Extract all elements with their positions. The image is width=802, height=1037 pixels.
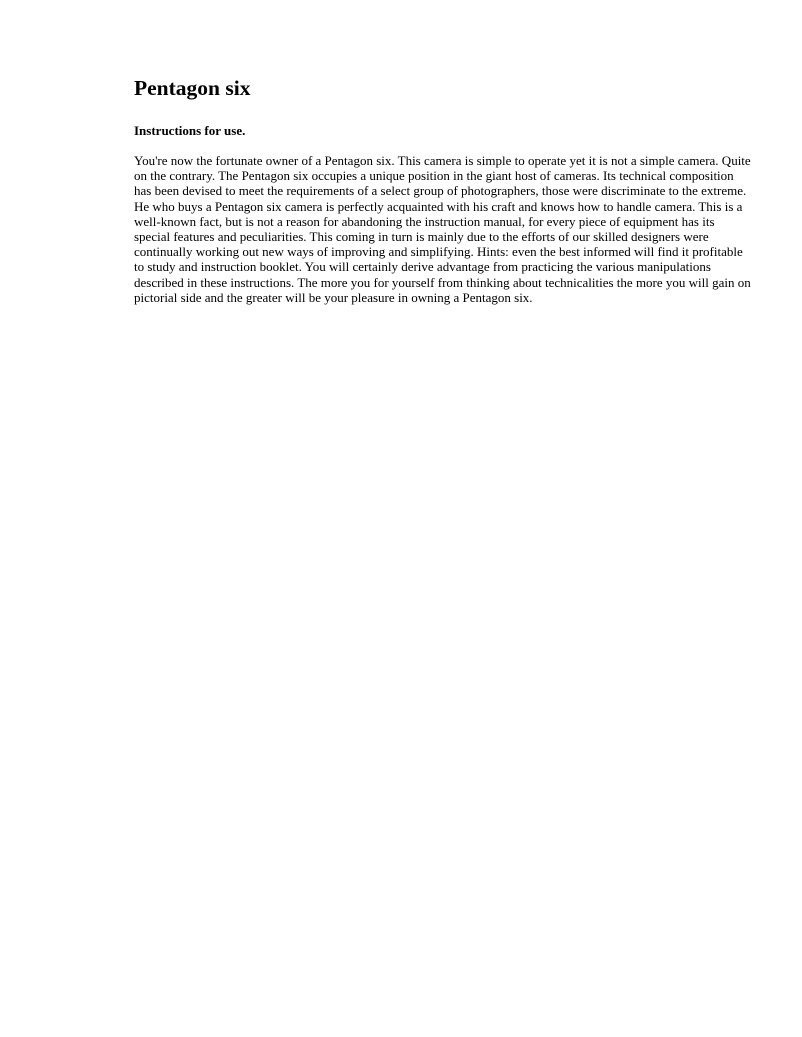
paragraph-line: well-known fact, but is not a reason for… <box>134 214 758 229</box>
paragraph-line: special features and peculiarities. This… <box>134 229 758 244</box>
intro-paragraph: You're now the fortunate owner of a Pent… <box>134 153 758 305</box>
paragraph-line: You're now the fortunate owner of a Pent… <box>134 153 758 168</box>
paragraph-line: He who buys a Pentagon six camera is per… <box>134 199 758 214</box>
paragraph-line: on the contrary. The Pentagon six occupi… <box>134 168 758 183</box>
paragraph-line: to study and instruction booklet. You wi… <box>134 259 758 274</box>
page-title: Pentagon six <box>134 74 250 102</box>
paragraph-line: has been devised to meet the requirement… <box>134 183 758 198</box>
paragraph-line: pictorial side and the greater will be y… <box>134 290 758 305</box>
instructions-subtitle: Instructions for use. <box>134 123 245 139</box>
paragraph-line: continually working out new ways of impr… <box>134 244 758 259</box>
paragraph-line: described in these instructions. The mor… <box>134 275 758 290</box>
